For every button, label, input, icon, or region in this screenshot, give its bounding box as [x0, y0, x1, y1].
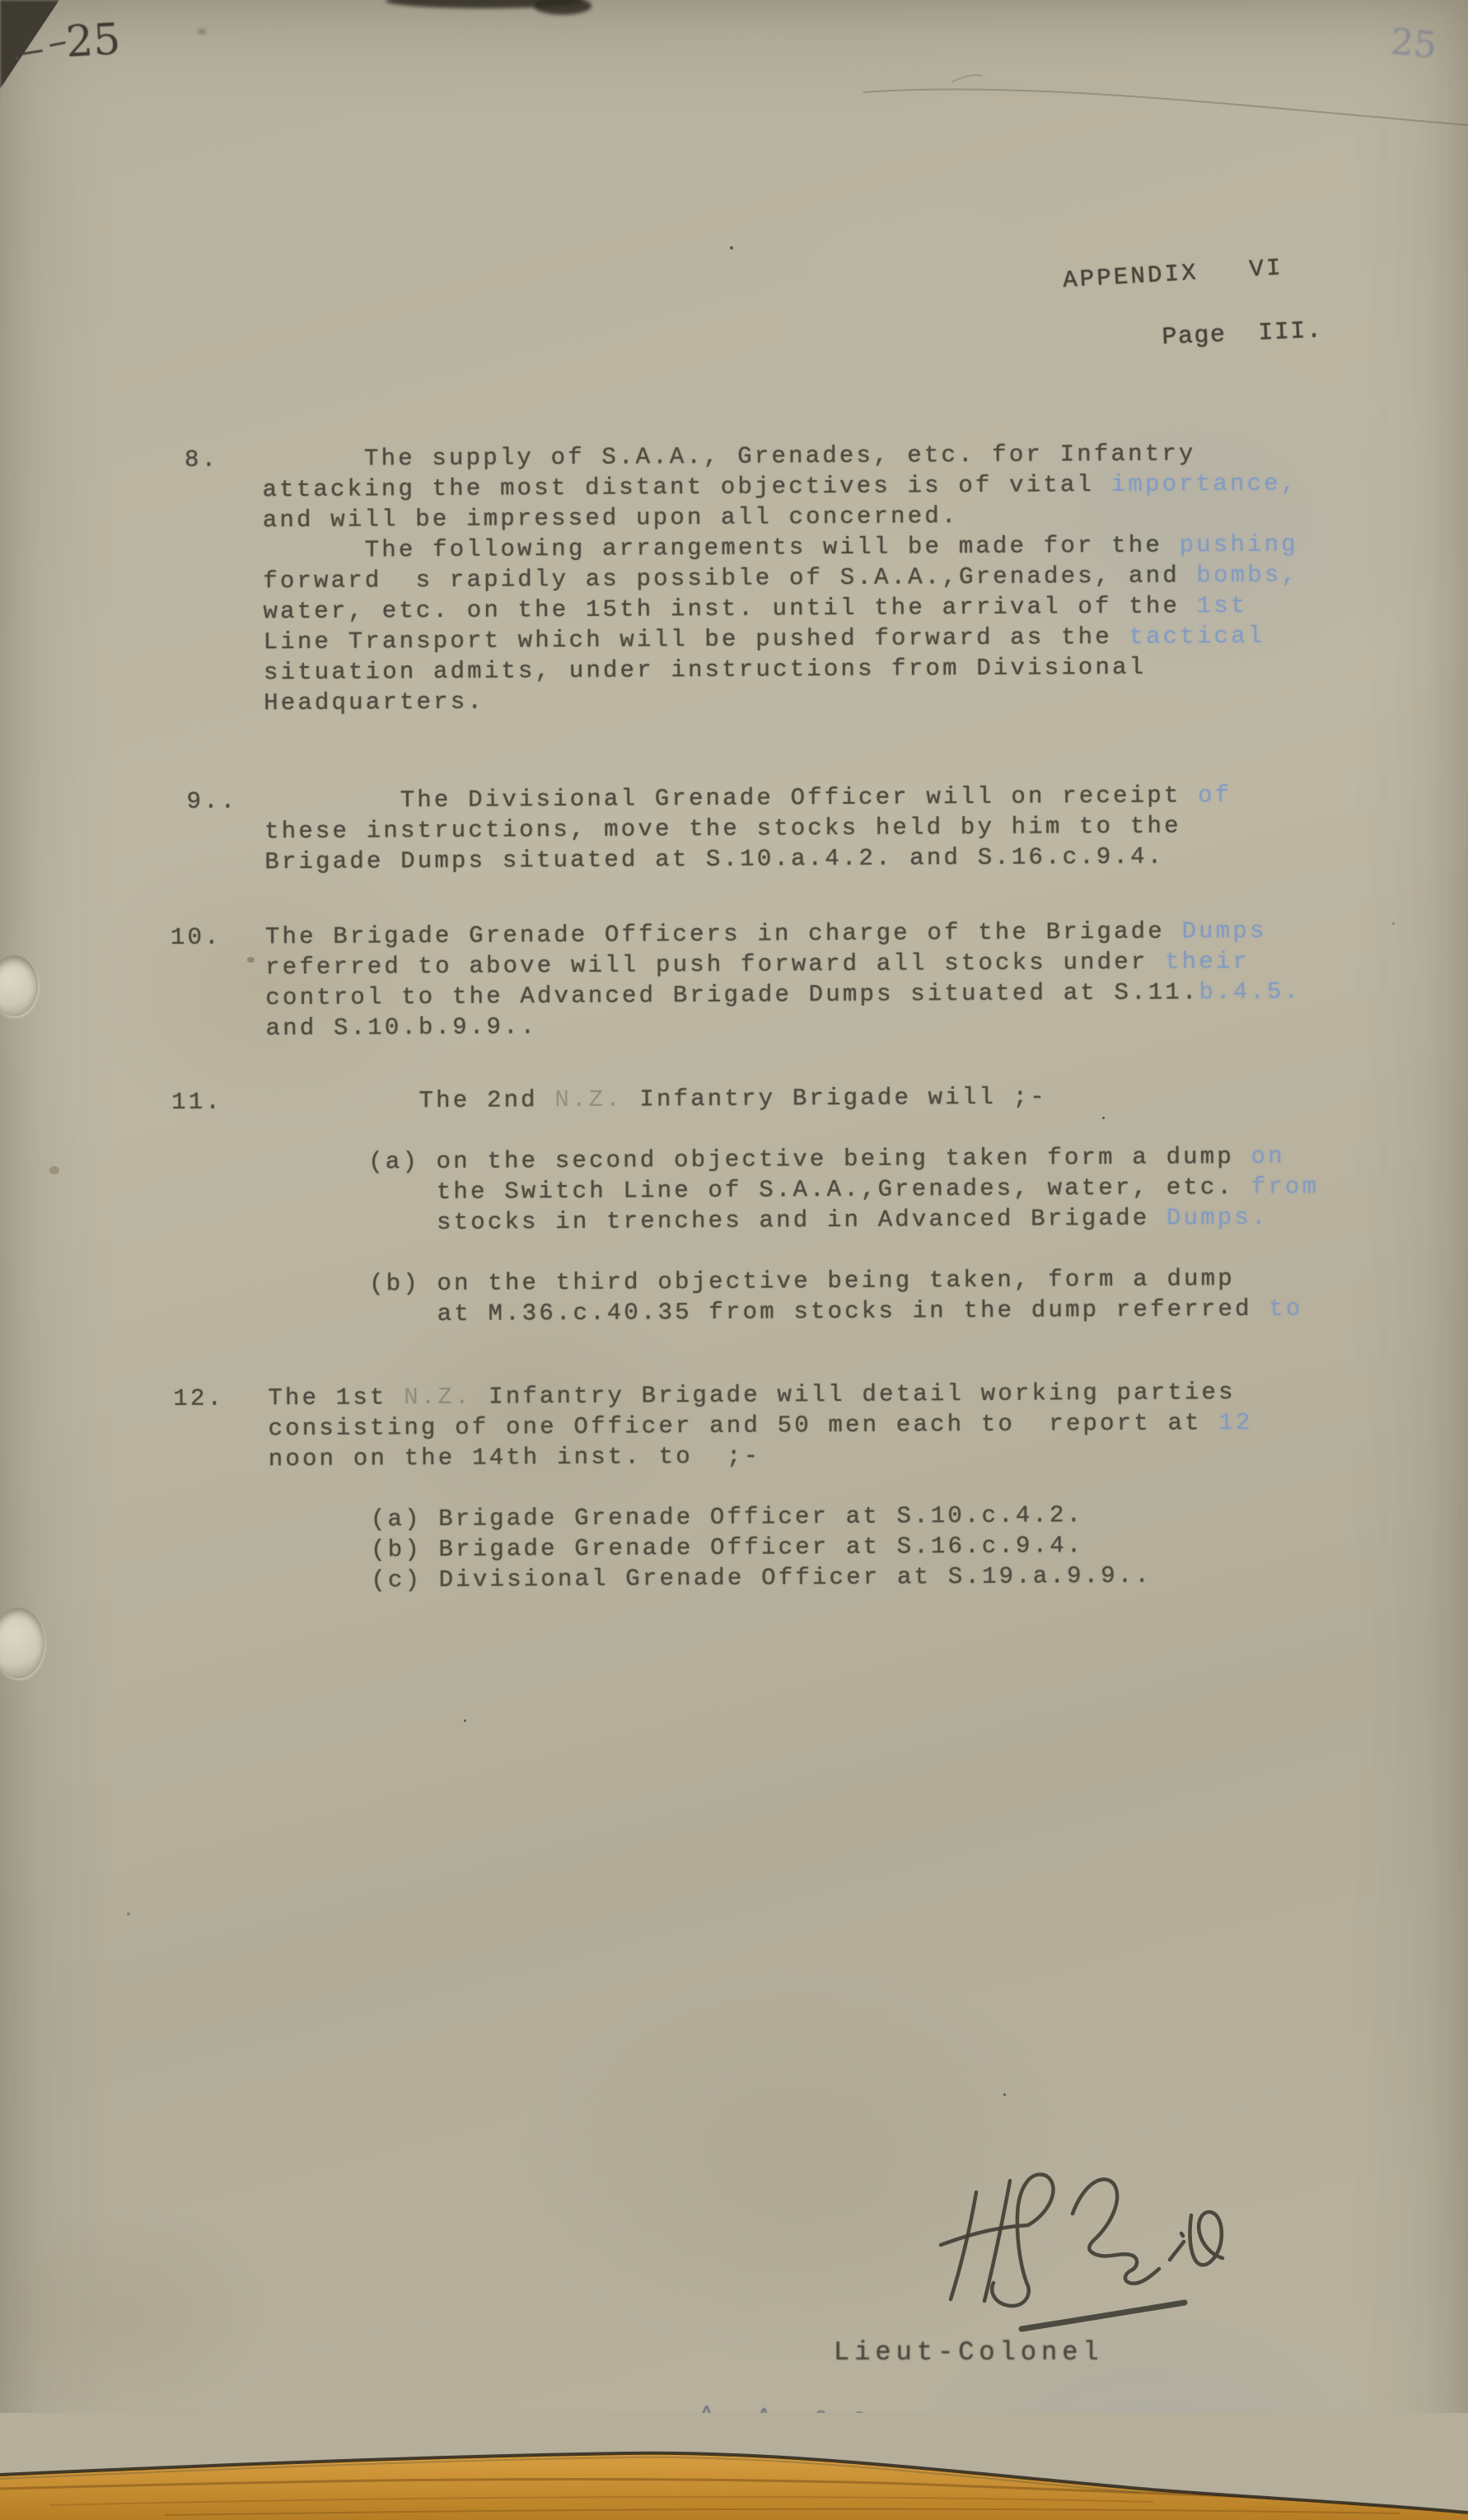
paragraph: 8. The supply of S.A.A., Grenades, etc. … — [167, 438, 1299, 719]
text-line: control to the Advanced Brigade Dumps si… — [265, 977, 1301, 1014]
text-line: situation admits, under instructions fro… — [264, 651, 1299, 688]
text-segment: on — [1251, 1143, 1284, 1170]
text-segment: Dumps. — [1166, 1204, 1269, 1232]
text-segment: (a) Brigade Grenade Officer at S.10.c.4.… — [269, 1501, 1083, 1533]
signature — [898, 2135, 1293, 2357]
text-line: attacking the most distant objectives is… — [263, 469, 1298, 506]
signature-underline — [1022, 2303, 1185, 2329]
text-segment: from — [1251, 1173, 1320, 1201]
text-segment: (b) Brigade Grenade Officer at S.16.c.9.… — [269, 1532, 1083, 1564]
text-line: and S.10.b.9.9.. — [266, 1007, 1302, 1044]
text-segment: Line Transport which will be pushed forw… — [264, 623, 1129, 656]
text-segment: Infantry Brigade will ;- — [623, 1083, 1047, 1113]
text-segment: pushing — [1180, 531, 1298, 559]
text-segment: attacking the most distant objectives is… — [263, 471, 1111, 503]
paragraph-number: 9.. — [170, 786, 265, 878]
paragraph-list: 8. The supply of S.A.A., Grenades, etc. … — [166, 114, 1418, 122]
text-segment: Headquarters. — [264, 688, 484, 717]
pen-dash-mark — [49, 41, 66, 47]
text-segment: The supply of S.A.A., Grenades, etc. for… — [262, 440, 1195, 473]
ink-speck — [127, 1912, 130, 1916]
heading-appendix: APPENDIX VI — [1062, 253, 1284, 296]
text-segment: The following arrangements will be made … — [263, 531, 1180, 564]
signature-title: Lieut-Colonel — [834, 2337, 1104, 2368]
hole-punch-bottom — [0, 1608, 44, 1678]
text-segment: N.Z. — [554, 1086, 623, 1114]
wood-table — [0, 2413, 1468, 2520]
text-segment: their — [1165, 948, 1250, 976]
paragraph-body: The Divisional Grenade Officer will on r… — [264, 780, 1232, 877]
paragraph-number: 8. — [167, 444, 264, 719]
paragraph-number: 12. — [173, 1383, 269, 1597]
text-segment: forward s rapidly as possible of S.A.A.,… — [263, 562, 1196, 595]
folio-number: 25 — [64, 15, 121, 67]
text-segment: 1st — [1197, 592, 1248, 619]
text-line: consisting of one Officer and 50 men eac… — [268, 1407, 1252, 1444]
paragraph: 9.. The Divisional Grenade Officer will … — [170, 780, 1232, 878]
text-segment: (a) on the second objective being taken … — [267, 1143, 1251, 1176]
text-segment: importance, — [1111, 470, 1298, 498]
paragraph-body: The supply of S.A.A., Grenades, etc. for… — [262, 438, 1299, 719]
text-segment: these instructions, move the stocks held… — [264, 812, 1181, 845]
text-segment: bombs, — [1196, 562, 1298, 590]
text-segment: to — [1269, 1295, 1302, 1323]
paragraph-body: The Brigade Grenade Officers in charge o… — [265, 916, 1302, 1044]
paragraph-number: 11. — [171, 1086, 268, 1331]
text-segment: (c) Divisional Grenade Officer at S.19.a… — [269, 1562, 1152, 1595]
text-segment: The 2nd — [266, 1086, 554, 1115]
heading-page-label: Page III. — [1162, 316, 1323, 354]
ink-speck — [730, 246, 733, 250]
text-segment: noon on the 14th inst. to ;- — [269, 1443, 761, 1473]
text-segment: The Brigade Grenade Officers in charge o… — [265, 917, 1182, 950]
text-segment: (b) on the third objective being taken, … — [267, 1265, 1235, 1298]
text-segment: b.4.5. — [1199, 978, 1301, 1006]
text-segment: and will be impressed upon all concerned… — [263, 502, 959, 534]
text-segment: stocks in trenches and in Advanced Briga… — [267, 1205, 1166, 1238]
text-segment: water, etc. on the 15th inst. until the … — [263, 592, 1196, 625]
text-segment: Brigade Dumps situated at S.10.a.4.2. an… — [264, 843, 1164, 876]
text-segment: at M.36.c.40.35 from stocks in the dump … — [268, 1295, 1269, 1328]
text-segment: control to the Advanced Brigade Dumps si… — [265, 978, 1199, 1011]
ink-speck — [1003, 2093, 1006, 2096]
typed-content: APPENDIX VI Page III. 8. The supply of S… — [165, 0, 1418, 183]
text-segment: The 1st — [268, 1384, 404, 1412]
ink-speck — [49, 1166, 59, 1174]
paragraph: 10.The Brigade Grenade Officers in charg… — [171, 916, 1302, 1044]
text-line: Brigade Dumps situated at S.10.a.4.2. an… — [264, 841, 1232, 877]
text-segment: Infantry Brigade will detail working par… — [472, 1379, 1236, 1411]
paragraph-body: The 1st N.Z. Infantry Brigade will detai… — [268, 1377, 1254, 1596]
text-segment: tactical — [1129, 623, 1265, 651]
paragraph-body: The 2nd N.Z. Infantry Brigade will ;- (a… — [266, 1080, 1320, 1330]
text-segment: of — [1198, 782, 1232, 809]
text-segment: consisting of one Officer and 50 men eac… — [268, 1409, 1218, 1442]
ink-speck — [464, 1720, 466, 1722]
ink-speck — [1392, 922, 1395, 925]
scanned-document-page: 25 25 APPENDIX VI Page III. 8. The suppl… — [0, 0, 1468, 2520]
text-segment: Dumps — [1181, 917, 1266, 945]
text-segment: situation admits, under instructions fro… — [264, 654, 1147, 687]
text-line: at M.36.c.40.35 from stocks in the dump … — [268, 1293, 1321, 1330]
text-line: stocks in trenches and in Advanced Briga… — [267, 1202, 1320, 1239]
text-segment: and S.10.b.9.9.. — [266, 1013, 538, 1042]
hole-punch-top — [0, 955, 38, 1016]
text-line: (c) Divisional Grenade Officer at S.19.a… — [269, 1560, 1254, 1596]
paragraph: 12.The 1st N.Z. Infantry Brigade will de… — [173, 1377, 1254, 1597]
text-segment: N.Z. — [404, 1384, 472, 1412]
paragraph-number: 10. — [171, 922, 266, 1044]
paragraph: 11. The 2nd N.Z. Infantry Brigade will ;… — [171, 1080, 1320, 1331]
text-segment: the Switch Line of S.A.A.,Grenades, wate… — [267, 1174, 1251, 1206]
pen-dot-mark — [15, 56, 19, 60]
text-segment: 12 — [1218, 1409, 1252, 1436]
text-line: Headquarters. — [264, 682, 1299, 719]
text-segment: referred to above will push forward all … — [265, 949, 1165, 982]
text-segment: The Divisional Grenade Officer will on r… — [264, 782, 1198, 814]
